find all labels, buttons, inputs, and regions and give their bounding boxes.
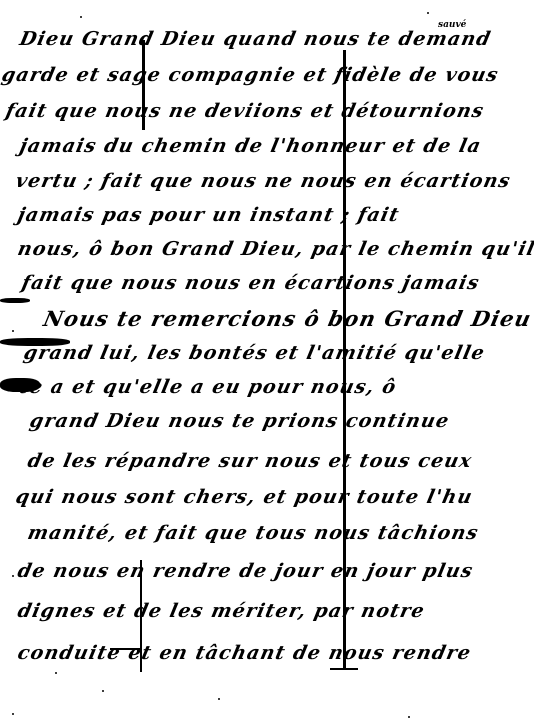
manuscript-line: dignes et de les mériter, par notre: [16, 600, 428, 622]
manuscript-line: grand lui, les bontés et l'amitié qu'ell…: [22, 342, 488, 364]
manuscript-line: Dieu Grand Dieu quand nous te demand: [18, 28, 494, 50]
manuscript-line: Nous te remercions ô bon Grand Dieu: [41, 306, 534, 331]
speck: [55, 672, 57, 674]
speck: [102, 690, 104, 692]
fold-tick: [110, 648, 142, 650]
manuscript-line: garde et sage compagnie et fidèle de vou…: [0, 64, 501, 86]
manuscript-line: conduite et en tâchant de nous rendre: [16, 642, 474, 664]
manuscript-line: fait que nous nous en écartions jamais: [20, 272, 482, 294]
speck: [427, 12, 429, 14]
manuscript-line: qui nous sont chers, et pour toute l'hu: [14, 486, 475, 508]
fold-line: [142, 40, 145, 130]
manuscript-line: nous, ô bon Grand Dieu, par le chemin qu…: [16, 238, 534, 260]
manuscript-line: manité, et fait que tous nous tâchions: [26, 522, 481, 544]
fold-line: [140, 560, 142, 672]
speck: [80, 16, 82, 18]
manuscript-line: vertu ; fait que nous ne nous en écartio…: [14, 170, 513, 192]
manuscript-line: de les répandre sur nous et tous ceux: [26, 450, 475, 472]
manuscript-line: grand Dieu nous te prions continue: [28, 410, 452, 432]
manuscript-line: te a et qu'elle a eu pour nous, ô: [18, 376, 399, 398]
speck: [218, 698, 220, 700]
manuscript-line: de nous en rendre de jour en jour plus: [16, 560, 476, 582]
fold-tick: [330, 668, 358, 670]
speck: [12, 575, 14, 577]
manuscript-line: jamais du chemin de l'honneur et de la: [18, 135, 484, 157]
speck: [12, 713, 14, 715]
ink-smudge: [0, 338, 70, 346]
ink-smudge: [0, 298, 30, 303]
manuscript-page: sauvé Dieu Grand Dieu quand nous te dema…: [0, 0, 534, 720]
manuscript-line: fait que nous ne deviions et détournions: [4, 100, 487, 122]
fold-line: [343, 50, 346, 670]
ink-smudge: [0, 378, 40, 392]
speck: [12, 330, 14, 332]
speck: [408, 716, 410, 718]
